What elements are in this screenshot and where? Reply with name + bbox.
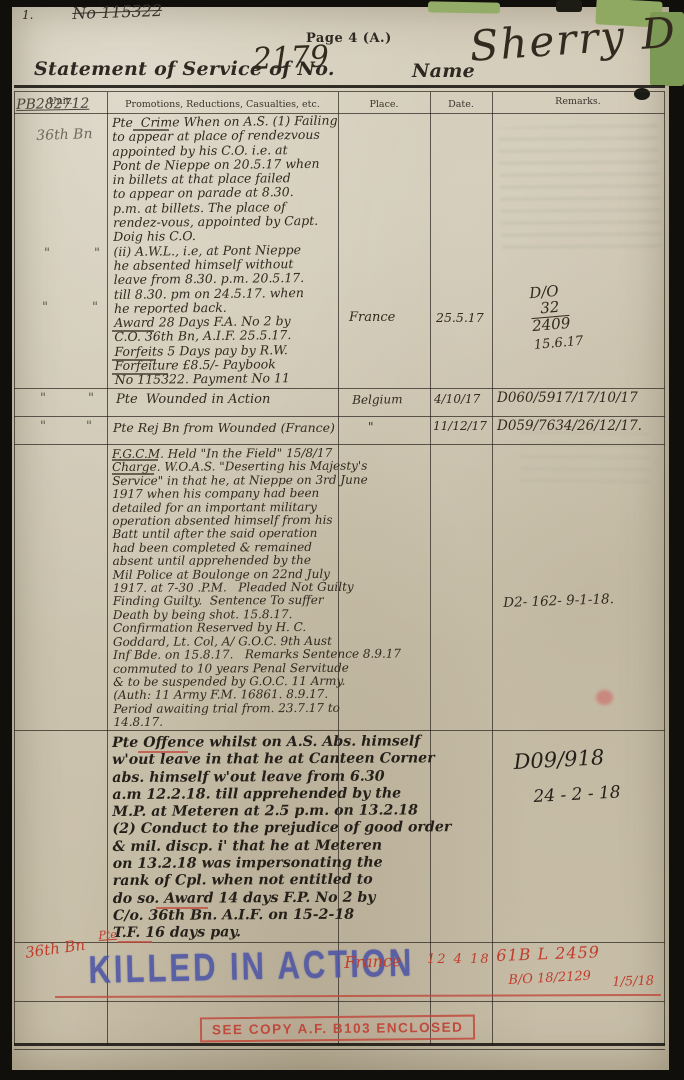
handwritten-line: T.F. 16 days pay. [113, 924, 349, 943]
entry4-text: F.G.C.M. Held "In the Field" 15/8/17Char… [112, 447, 343, 730]
ditto-mark: " [40, 419, 46, 434]
table-bottom-rule [14, 1043, 665, 1046]
handwritten-line: on 13.2.18 was impersonating the [113, 855, 349, 874]
row-rule [14, 1001, 665, 1002]
charge-underline [112, 473, 154, 475]
bleed-through-text [519, 429, 650, 491]
table-border-left [14, 92, 15, 1045]
entry1-place: France [349, 310, 395, 325]
table-border-right [664, 92, 665, 1045]
margin-note-number: No 115322 [72, 1, 162, 23]
entry1-date: 25.5.17 [436, 310, 484, 325]
green-backing-patch [428, 1, 500, 13]
entry5-text: Pte Offence whilst on A.S. Abs. himselfw… [112, 734, 349, 943]
handwritten-line: abs. himself w'out leave from 6.30 [112, 768, 348, 787]
crime-underline [133, 129, 169, 131]
ditto-mark: " [94, 246, 100, 261]
ditto-mark: " [92, 300, 98, 315]
entry1-remarks: D/O 322409 15.6.17 [508, 262, 586, 372]
entry3-text: Pte Rej Bn from Wounded (France) [113, 420, 335, 435]
ditto-mark: " [44, 246, 50, 261]
ditto-mark: " [86, 419, 92, 434]
entry1-unit: 36th Bn [36, 126, 93, 144]
entry5-remarks-ref: D09/918 [513, 745, 605, 774]
entry6-rank: Pte [98, 928, 117, 942]
torn-edge-right [669, 0, 684, 1080]
row-rule [14, 388, 665, 389]
ditto-mark: " [42, 300, 48, 315]
margin-note-prefix: 1. [22, 8, 33, 22]
header-rule-thin [14, 91, 665, 92]
col-divider-unit [107, 92, 108, 1045]
ditto-mark: " [40, 391, 46, 406]
entry3-remarks: D059/7634/26/12/17. [497, 418, 642, 434]
handwritten-line: do so. Award 14 days F.P. No 2 by [113, 889, 349, 908]
see-copy-stamp: SEE COPY A.F. B103 ENCLOSED [200, 1015, 476, 1043]
row-rule [14, 113, 665, 114]
col-header-place: Place. [338, 99, 430, 110]
entry6-place: France [344, 951, 402, 972]
torn-edge-bottom [0, 1070, 684, 1080]
torn-edge-left [0, 0, 12, 1080]
handwritten-line: rank of Cpl. when not entitled to [113, 872, 349, 891]
col-header-promotions: Promotions, Reductions, Casualties, etc. [107, 99, 338, 110]
service-number: 2179 [252, 39, 330, 77]
remarks-date: 15.6.17 [533, 333, 584, 352]
handwritten-line: (2) Conduct to the prejudice of good ord… [112, 820, 348, 839]
fgcm-underline [112, 459, 158, 461]
red-stain [596, 690, 613, 705]
col-divider-place [430, 92, 431, 1045]
handwritten-line: w'out leave in that he at Canteen Corner [112, 751, 348, 770]
forfeits-underline [112, 359, 156, 361]
unit-scribble: PB282712 [16, 96, 89, 113]
entry2-date: 4/10/17 [434, 392, 480, 406]
handwritten-line: C/o. 36th Bn. A.I.F. on 15-2-18 [113, 907, 349, 926]
handwritten-line: Period awaiting trial from. 23.7.17 to [113, 702, 343, 717]
col-divider-date [492, 92, 493, 1045]
header-rule [14, 85, 665, 88]
remarks-fraction: 322409 [530, 299, 571, 335]
entry6-remarks-date: 1/5/18 [612, 974, 654, 990]
dark-tear [556, 0, 582, 12]
row-rule [14, 730, 665, 731]
row-rule [14, 416, 665, 417]
handwritten-line: Pte Offence whilst on A.S. Abs. himself [112, 734, 348, 753]
table-bottom-rule-thin [14, 1049, 665, 1050]
handwritten-line: a.m 12.2.18. till apprehended by the [112, 786, 348, 805]
col-header-remarks: Remarks. [492, 96, 664, 107]
bleed-through-text [498, 122, 662, 258]
handwritten-line: rendez-vous, appointed by Capt. [113, 214, 339, 231]
offence-red-underline [138, 751, 188, 753]
tf-red-underline [118, 941, 152, 943]
name-label: Name [412, 60, 475, 82]
forfeiture-underline [112, 373, 168, 375]
entry2-text: Pte Wounded in Action [116, 392, 270, 407]
handwritten-line: M.P. at Meteren at 2.5 p.m. on 13.2.18 [112, 803, 348, 822]
ditto-mark: " [88, 391, 94, 406]
scanned-service-record: 1. No 115322 Page 4 (A.) Statement of Se… [0, 0, 684, 1080]
entry2-place: Belgium [352, 392, 403, 407]
col-header-date: Date. [430, 99, 492, 110]
entry3-date: 11/12/17 [433, 419, 487, 433]
entry6-date: 12 4 18 [427, 952, 491, 967]
award-red-underline [156, 907, 208, 909]
handwritten-line: 14.8.17. [113, 715, 343, 730]
entry2-remarks: D060/5917/17/10/17 [497, 390, 638, 406]
entry6-remarks-ref: 61B L 2459 [496, 942, 600, 965]
entry3-place: " [368, 420, 374, 434]
handwritten-line: & mil. discp. i' that he at Meteren [113, 838, 349, 857]
entry1-text: Pte Crime When on A.S. (1) Failingto app… [112, 114, 341, 388]
award-underline [112, 330, 154, 332]
row-rule [14, 444, 665, 445]
